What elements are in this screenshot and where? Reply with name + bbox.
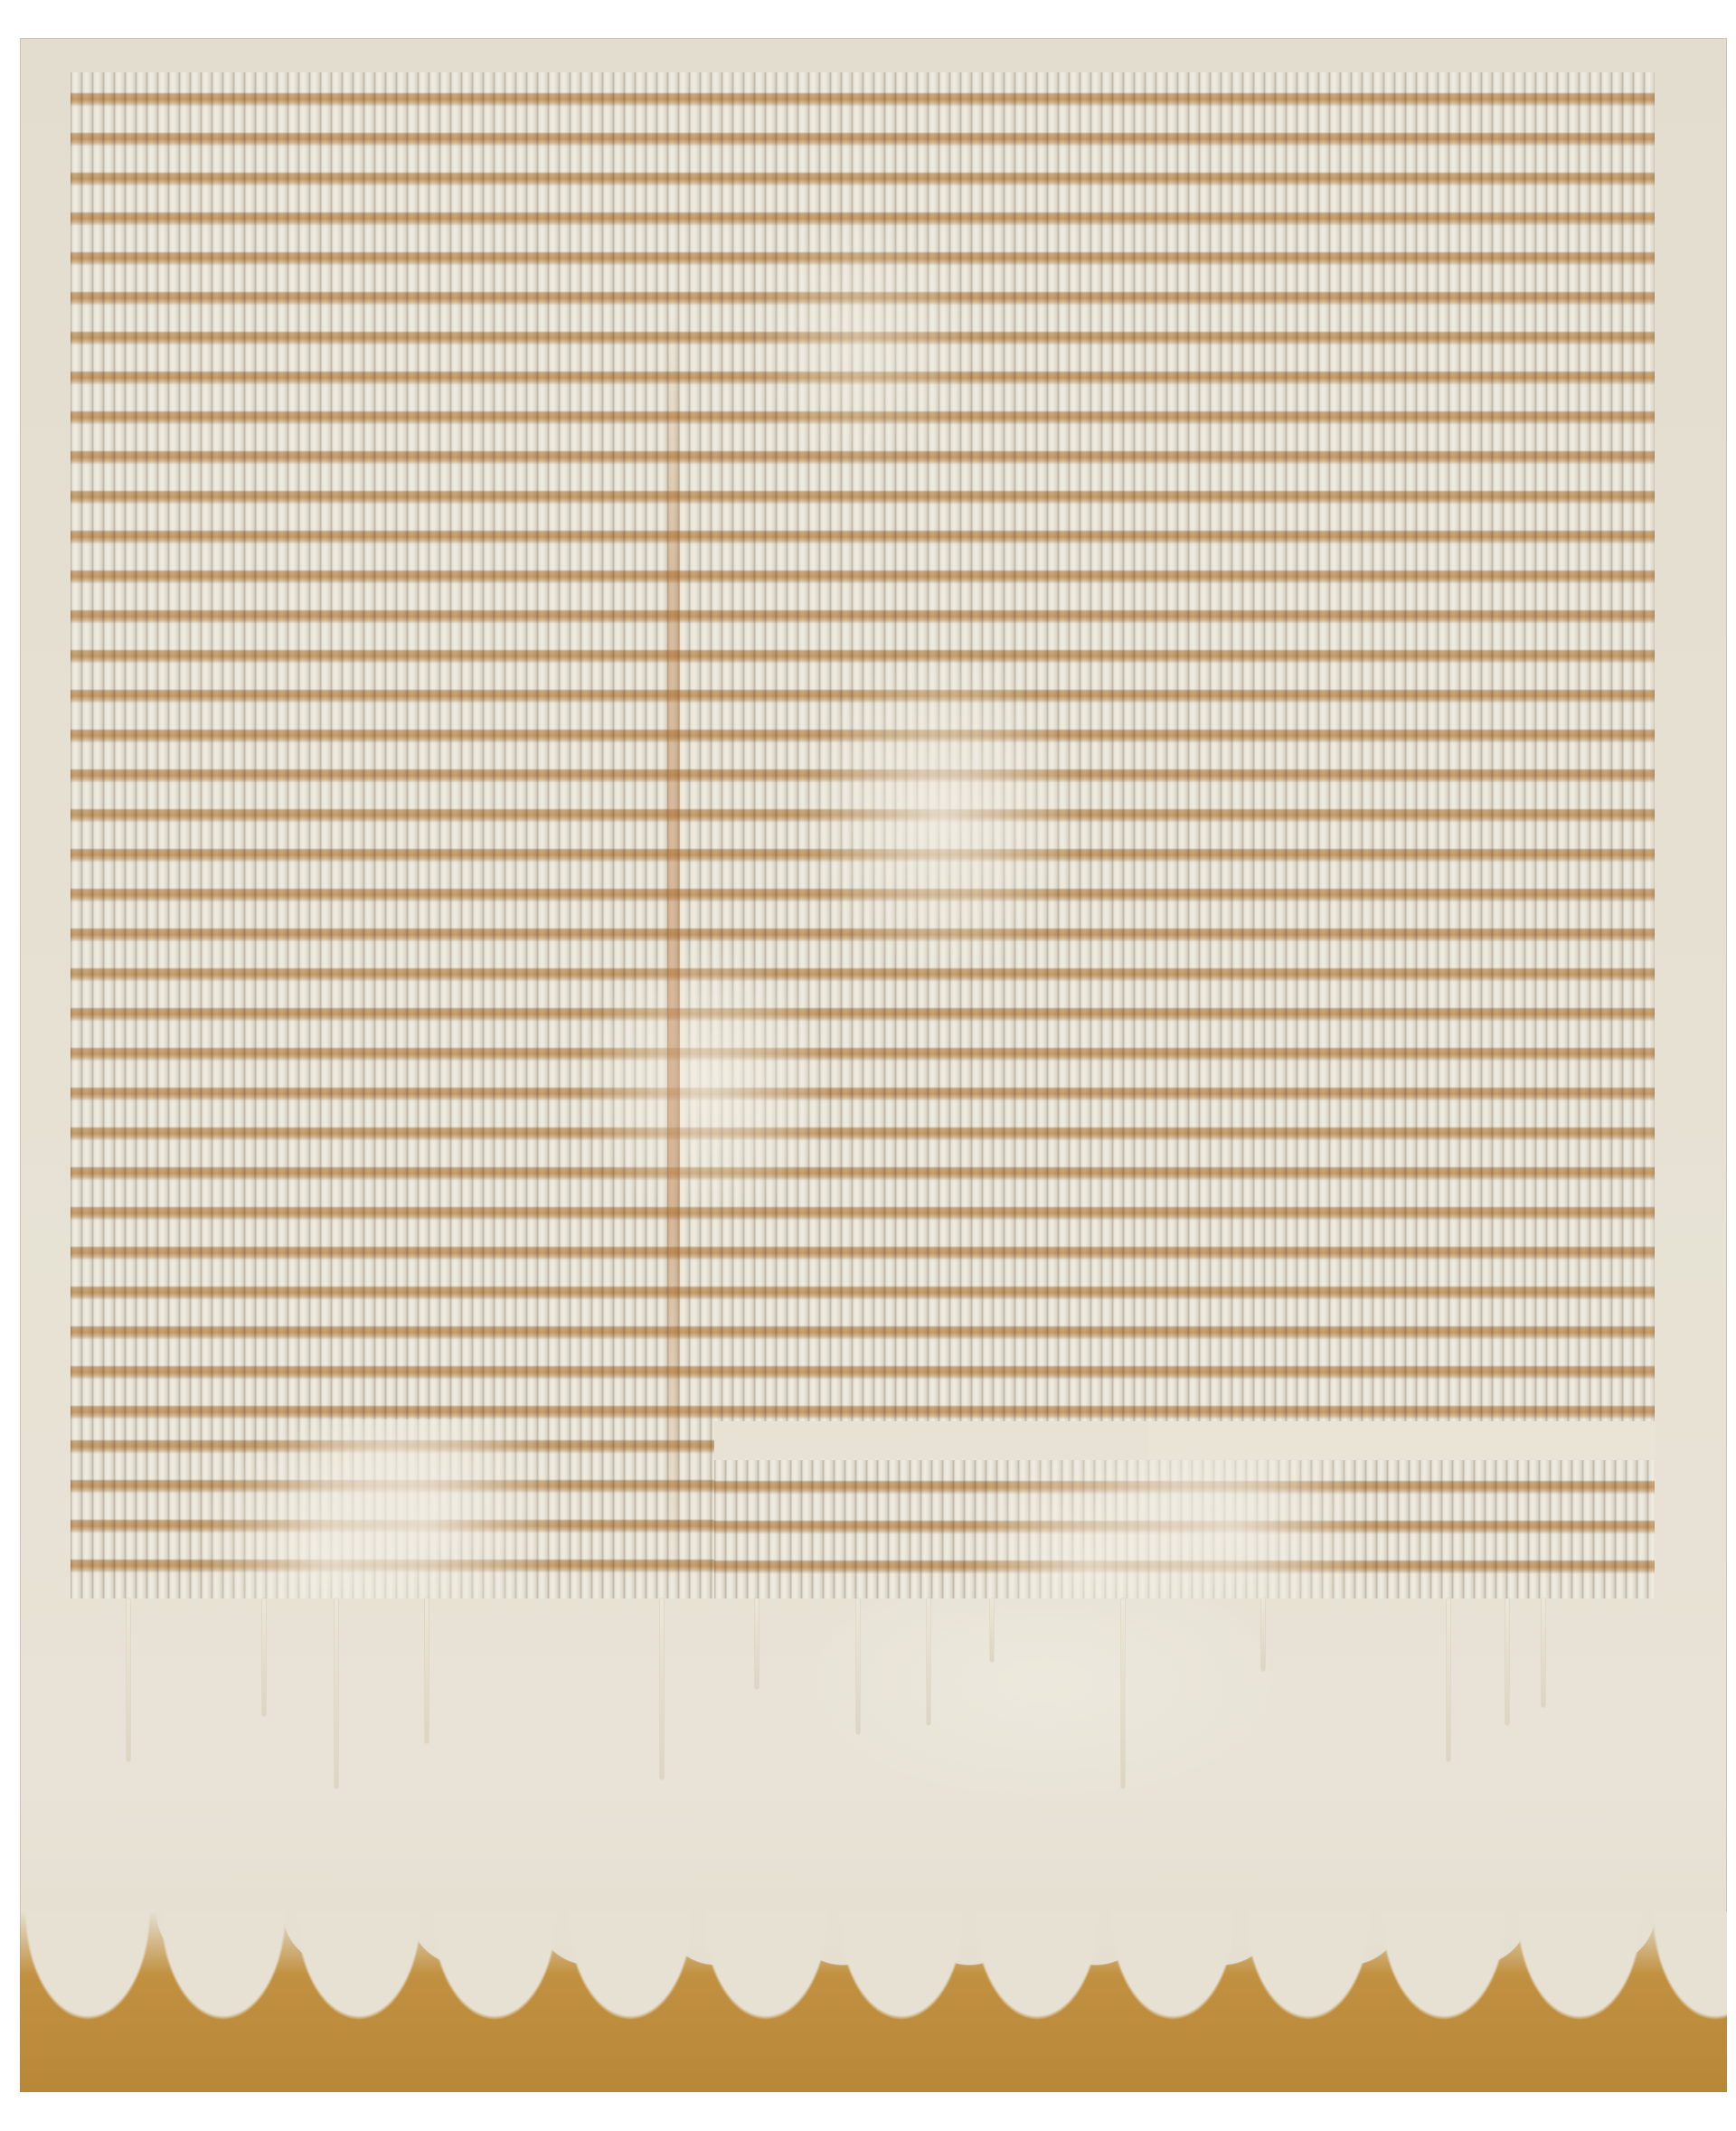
paint-drip — [425, 1598, 429, 1743]
paint-drip — [1447, 1598, 1450, 1761]
paint-drip — [755, 1598, 759, 1689]
paint-drip — [335, 1598, 338, 1788]
paint-drip — [1542, 1598, 1545, 1707]
paint-drip — [990, 1598, 994, 1662]
pencil-field-lower-left — [71, 1419, 714, 1598]
paint-drip — [1505, 1598, 1509, 1725]
painted-gap — [1148, 1421, 1655, 1459]
cream-brushstroke-edge — [20, 1911, 1727, 2065]
paint-drip — [127, 1598, 130, 1761]
pencil-field-lower-strip — [714, 1460, 1655, 1598]
paint-drip — [262, 1598, 266, 1716]
paint-drip — [660, 1598, 664, 1779]
pencil-field-main — [71, 72, 1655, 1421]
paint-drip — [856, 1598, 860, 1734]
paint-drip — [927, 1598, 930, 1725]
paint-drip — [1261, 1598, 1265, 1671]
vertical-seam — [667, 316, 680, 1582]
paint-drip — [1121, 1598, 1125, 1788]
